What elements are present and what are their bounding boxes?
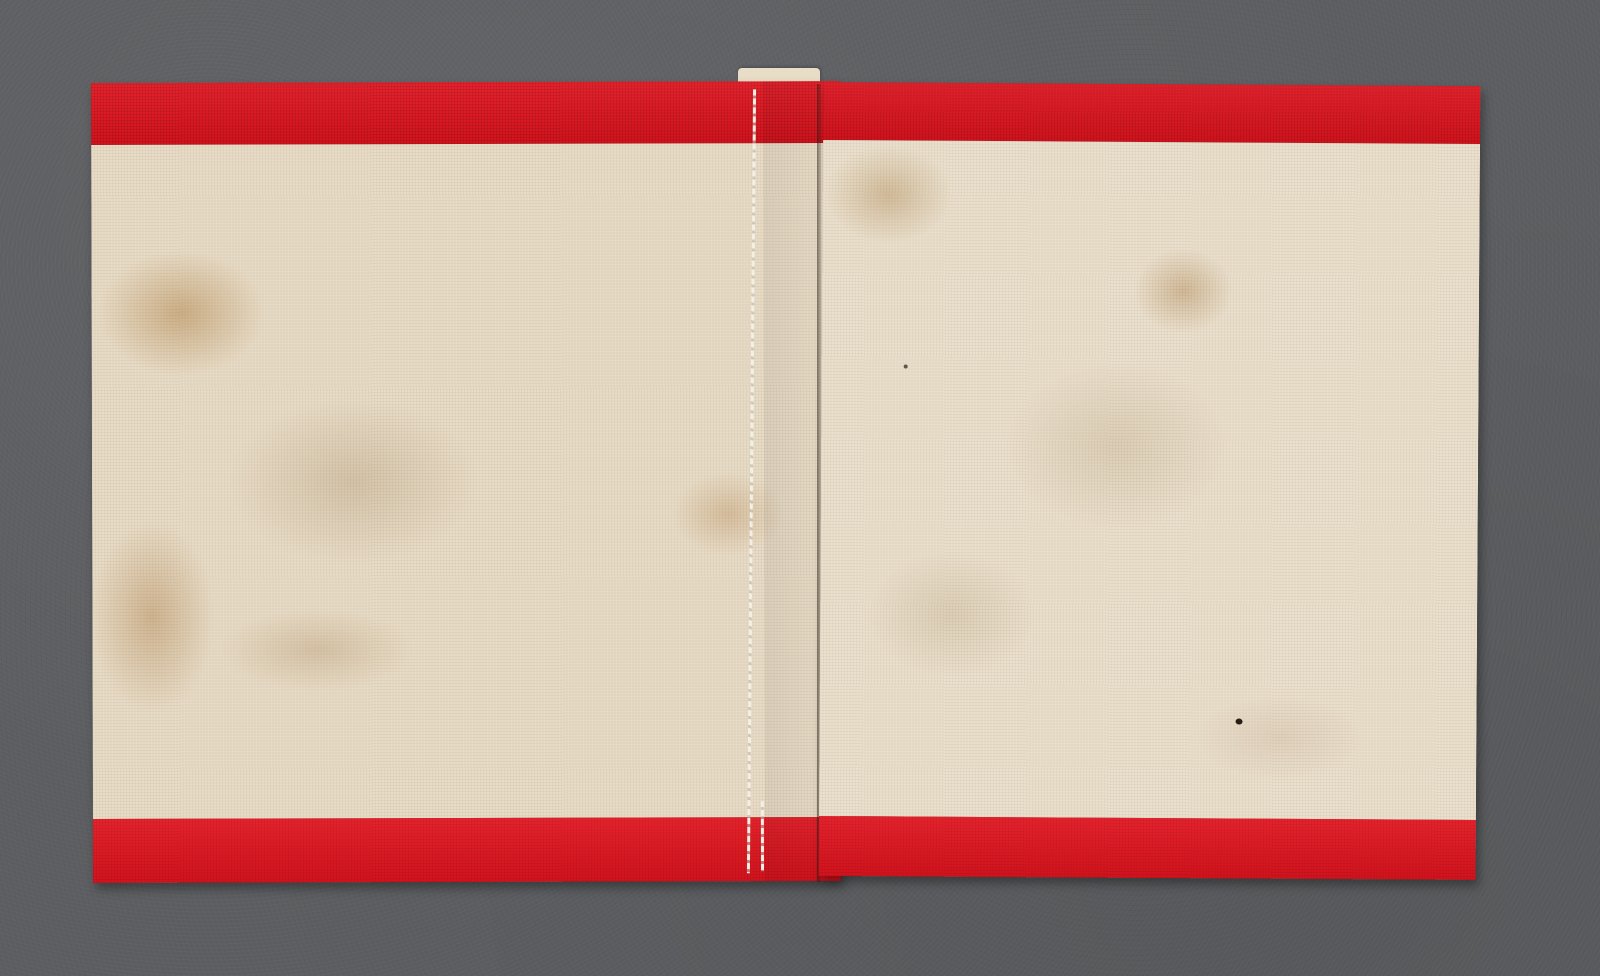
armband-left-panel — [91, 81, 841, 883]
red-border-bottom — [93, 817, 841, 883]
red-border-bottom — [819, 816, 1476, 880]
red-border-top — [91, 81, 839, 145]
dark-spot-small — [904, 364, 908, 368]
dark-spot — [1236, 719, 1243, 725]
stained-cloth — [91, 143, 841, 819]
photo-scene — [0, 0, 1600, 976]
stained-cloth — [819, 140, 1480, 820]
red-border-top — [823, 82, 1480, 144]
white-thread-stitching-2 — [761, 801, 764, 871]
armband-right-panel — [819, 82, 1481, 880]
